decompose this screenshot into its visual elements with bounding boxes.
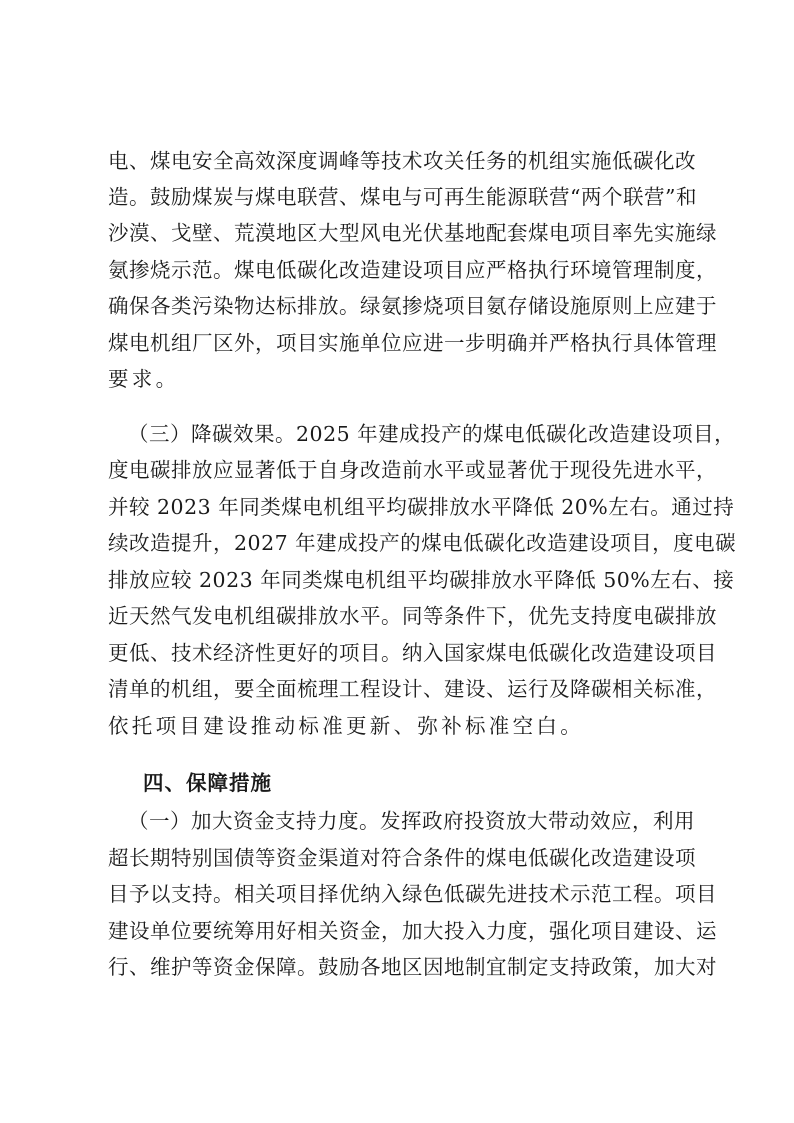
paragraph-line: 煤电机组厂区外，项目实施单位应进一步明确并严格执行具体管理 [108, 325, 686, 361]
paragraph-line: 排放应较 2023 年同类煤电机组平均碳排放水平降低 50%左右、接 [108, 562, 686, 598]
paragraph-line: 造。鼓励煤炭与煤电联营、煤电与可再生能源联营“两个联营”和 [108, 179, 686, 215]
paragraph-line: 建设单位要统筹用好相关资金，加大投入力度，强化项目建设、运 [108, 913, 686, 949]
document-page: 电、煤电安全高效深度调峰等技术攻关任务的机组实施低碳化改 造。鼓励煤炭与煤电联营… [0, 0, 794, 1123]
section-heading: 四、保障措施 [143, 765, 272, 801]
paragraph-line: 并较 2023 年同类煤电机组平均碳排放水平降低 20%左右。通过持 [108, 489, 686, 525]
paragraph-line: 更低、技术经济性更好的项目。纳入国家煤电低碳化改造建设项目 [108, 635, 686, 671]
paragraph-line: 氨掺烧示范。煤电低碳化改造建设项目应严格执行环境管理制度， [108, 252, 686, 288]
paragraph-line: 沙漠、戈壁、荒漠地区大型风电光伏基地配套煤电项目率先实施绿 [108, 215, 686, 251]
paragraph-line: 清单的机组，要全面梳理工程设计、建设、运行及降碳相关标准， [108, 671, 686, 707]
paragraph-line: 电、煤电安全高效深度调峰等技术攻关任务的机组实施低碳化改 [108, 143, 686, 179]
paragraph-line: 依托项目建设推动标准更新、弥补标准空白。 [108, 708, 686, 744]
subsection-1-first-line: （一）加大资金支持力度。发挥政府投资放大带动效应，利用 [128, 803, 686, 839]
paragraph-line: 目予以支持。相关项目择优纳入绿色低碳先进技术示范工程。项目 [108, 876, 686, 912]
paragraph-line: 行、维护等资金保障。鼓励各地区因地制宜制定支持政策，加大对 [108, 949, 686, 985]
paragraph-line: 度电碳排放应显著低于自身改造前水平或显著优于现役先进水平， [108, 452, 686, 488]
subsection-3-first-line: （三）降碳效果。2025 年建成投产的煤电低碳化改造建设项目， [128, 416, 686, 452]
paragraph-line: 超长期特别国债等资金渠道对符合条件的煤电低碳化改造建设项 [108, 840, 686, 876]
paragraph-line: 续改造提升，2027 年建成投产的煤电低碳化改造建设项目，度电碳 [108, 525, 686, 561]
paragraph-line: 近天然气发电机组碳排放水平。同等条件下，优先支持度电碳排放 [108, 598, 686, 634]
paragraph-line: 确保各类污染物达标排放。绿氨掺烧项目氨存储设施原则上应建于 [108, 288, 686, 324]
paragraph-line: 要求。 [108, 361, 686, 397]
